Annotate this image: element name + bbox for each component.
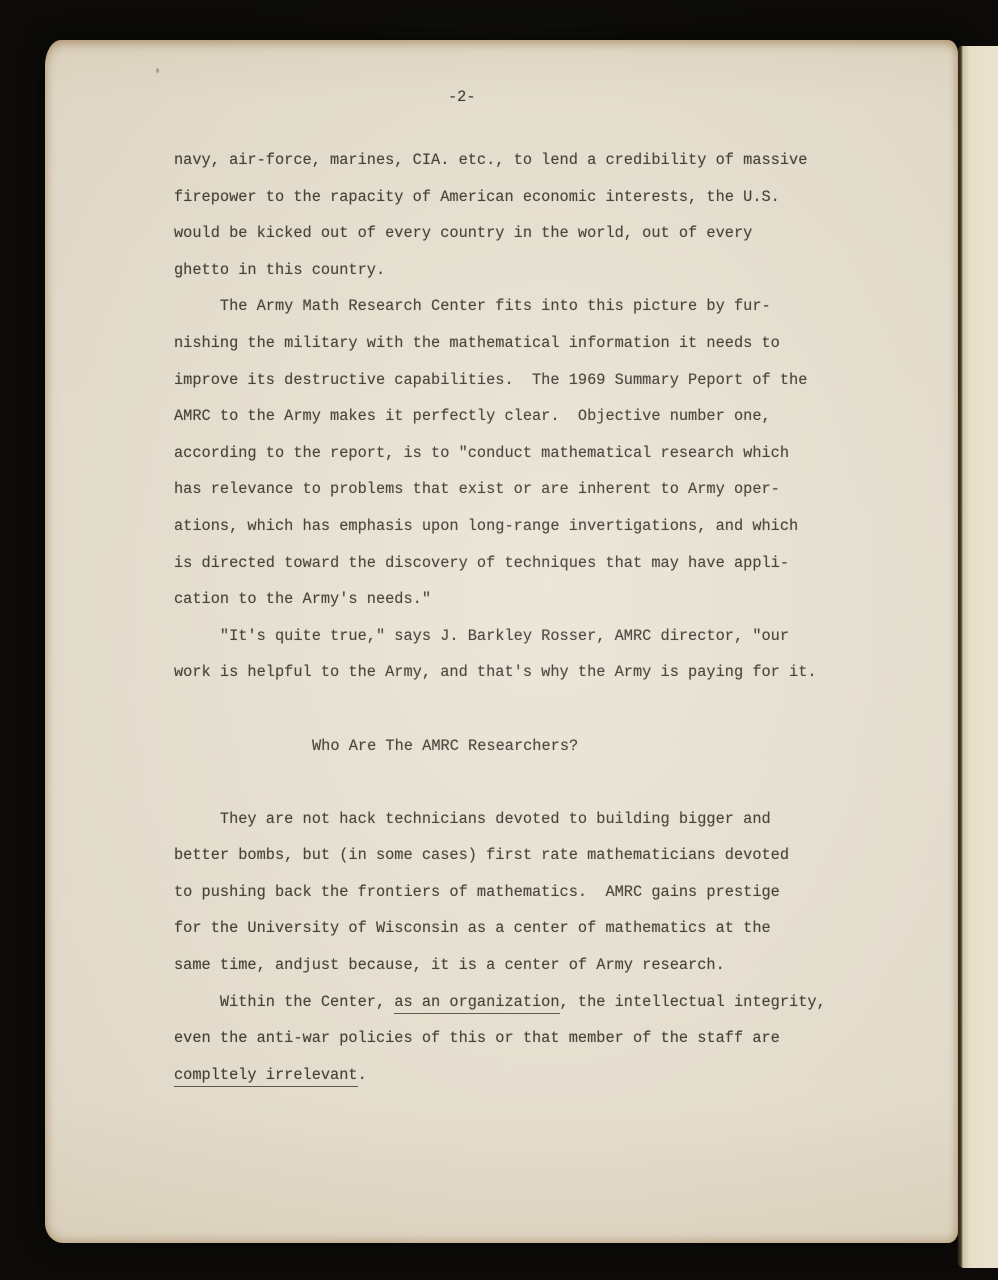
blank-line (174, 691, 874, 728)
underlined-phrase: as an organization (394, 993, 559, 1014)
text-line: cation to the Army's needs." (174, 581, 874, 618)
page-number: -2- (448, 79, 476, 116)
blank-line (174, 764, 874, 801)
text-line: work is helpful to the Army, and that's … (174, 654, 874, 691)
text-line: is directed toward the discovery of tech… (174, 545, 874, 582)
text-line: better bombs, but (in some cases) first … (174, 837, 874, 874)
paper-speck (156, 68, 159, 73)
text-line: would be kicked out of every country in … (174, 215, 874, 252)
text-line: "It's quite true," says J. Barkley Rosse… (174, 618, 874, 655)
text-line: ghetto in this country. (174, 252, 874, 289)
text-line: compltely irrelevant. (174, 1057, 874, 1094)
page-body: navy, air-force, marines, CIA. etc., to … (174, 142, 874, 1093)
text-line: to pushing back the frontiers of mathema… (174, 874, 874, 911)
text-segment: , the intellectual integrity, (560, 993, 826, 1011)
paragraph: navy, air-force, marines, CIA. etc., to … (174, 142, 874, 288)
text-line: ations, which has emphasis upon long-ran… (174, 508, 874, 545)
text-line: has relevance to problems that exist or … (174, 471, 874, 508)
paragraph: Within the Center, as an organization, t… (174, 984, 874, 1094)
text-line: The Army Math Research Center fits into … (174, 288, 874, 325)
paragraph: "It's quite true," says J. Barkley Rosse… (174, 618, 874, 691)
text-line: navy, air-force, marines, CIA. etc., to … (174, 142, 874, 179)
text-line: nishing the military with the mathematic… (174, 325, 874, 362)
paragraph: They are not hack technicians devoted to… (174, 801, 874, 984)
text-line: same time, andjust because, it is a cent… (174, 947, 874, 984)
text-segment: Within the Center, (174, 993, 394, 1011)
text-line: according to the report, is to "conduct … (174, 435, 874, 472)
text-line: even the anti-war policies of this or th… (174, 1020, 874, 1057)
photo-background: -2- navy, air-force, marines, CIA. etc.,… (0, 0, 998, 1280)
paragraph: The Army Math Research Center fits into … (174, 288, 874, 617)
underlined-phrase: compltely irrelevant (174, 1066, 358, 1087)
text-line: They are not hack technicians devoted to… (174, 801, 874, 838)
next-page-edge (958, 46, 998, 1268)
text-line: improve its destructive capabilities. Th… (174, 362, 874, 399)
text-line: Within the Center, as an organization, t… (174, 984, 874, 1021)
section-heading: Who Are The AMRC Researchers? (312, 728, 874, 765)
text-line: for the University of Wisconsin as a cen… (174, 910, 874, 947)
text-line: firepower to the rapacity of American ec… (174, 179, 874, 216)
text-segment: . (358, 1066, 367, 1084)
page: -2- navy, air-force, marines, CIA. etc.,… (45, 40, 958, 1243)
text-line: AMRC to the Army makes it perfectly clea… (174, 398, 874, 435)
